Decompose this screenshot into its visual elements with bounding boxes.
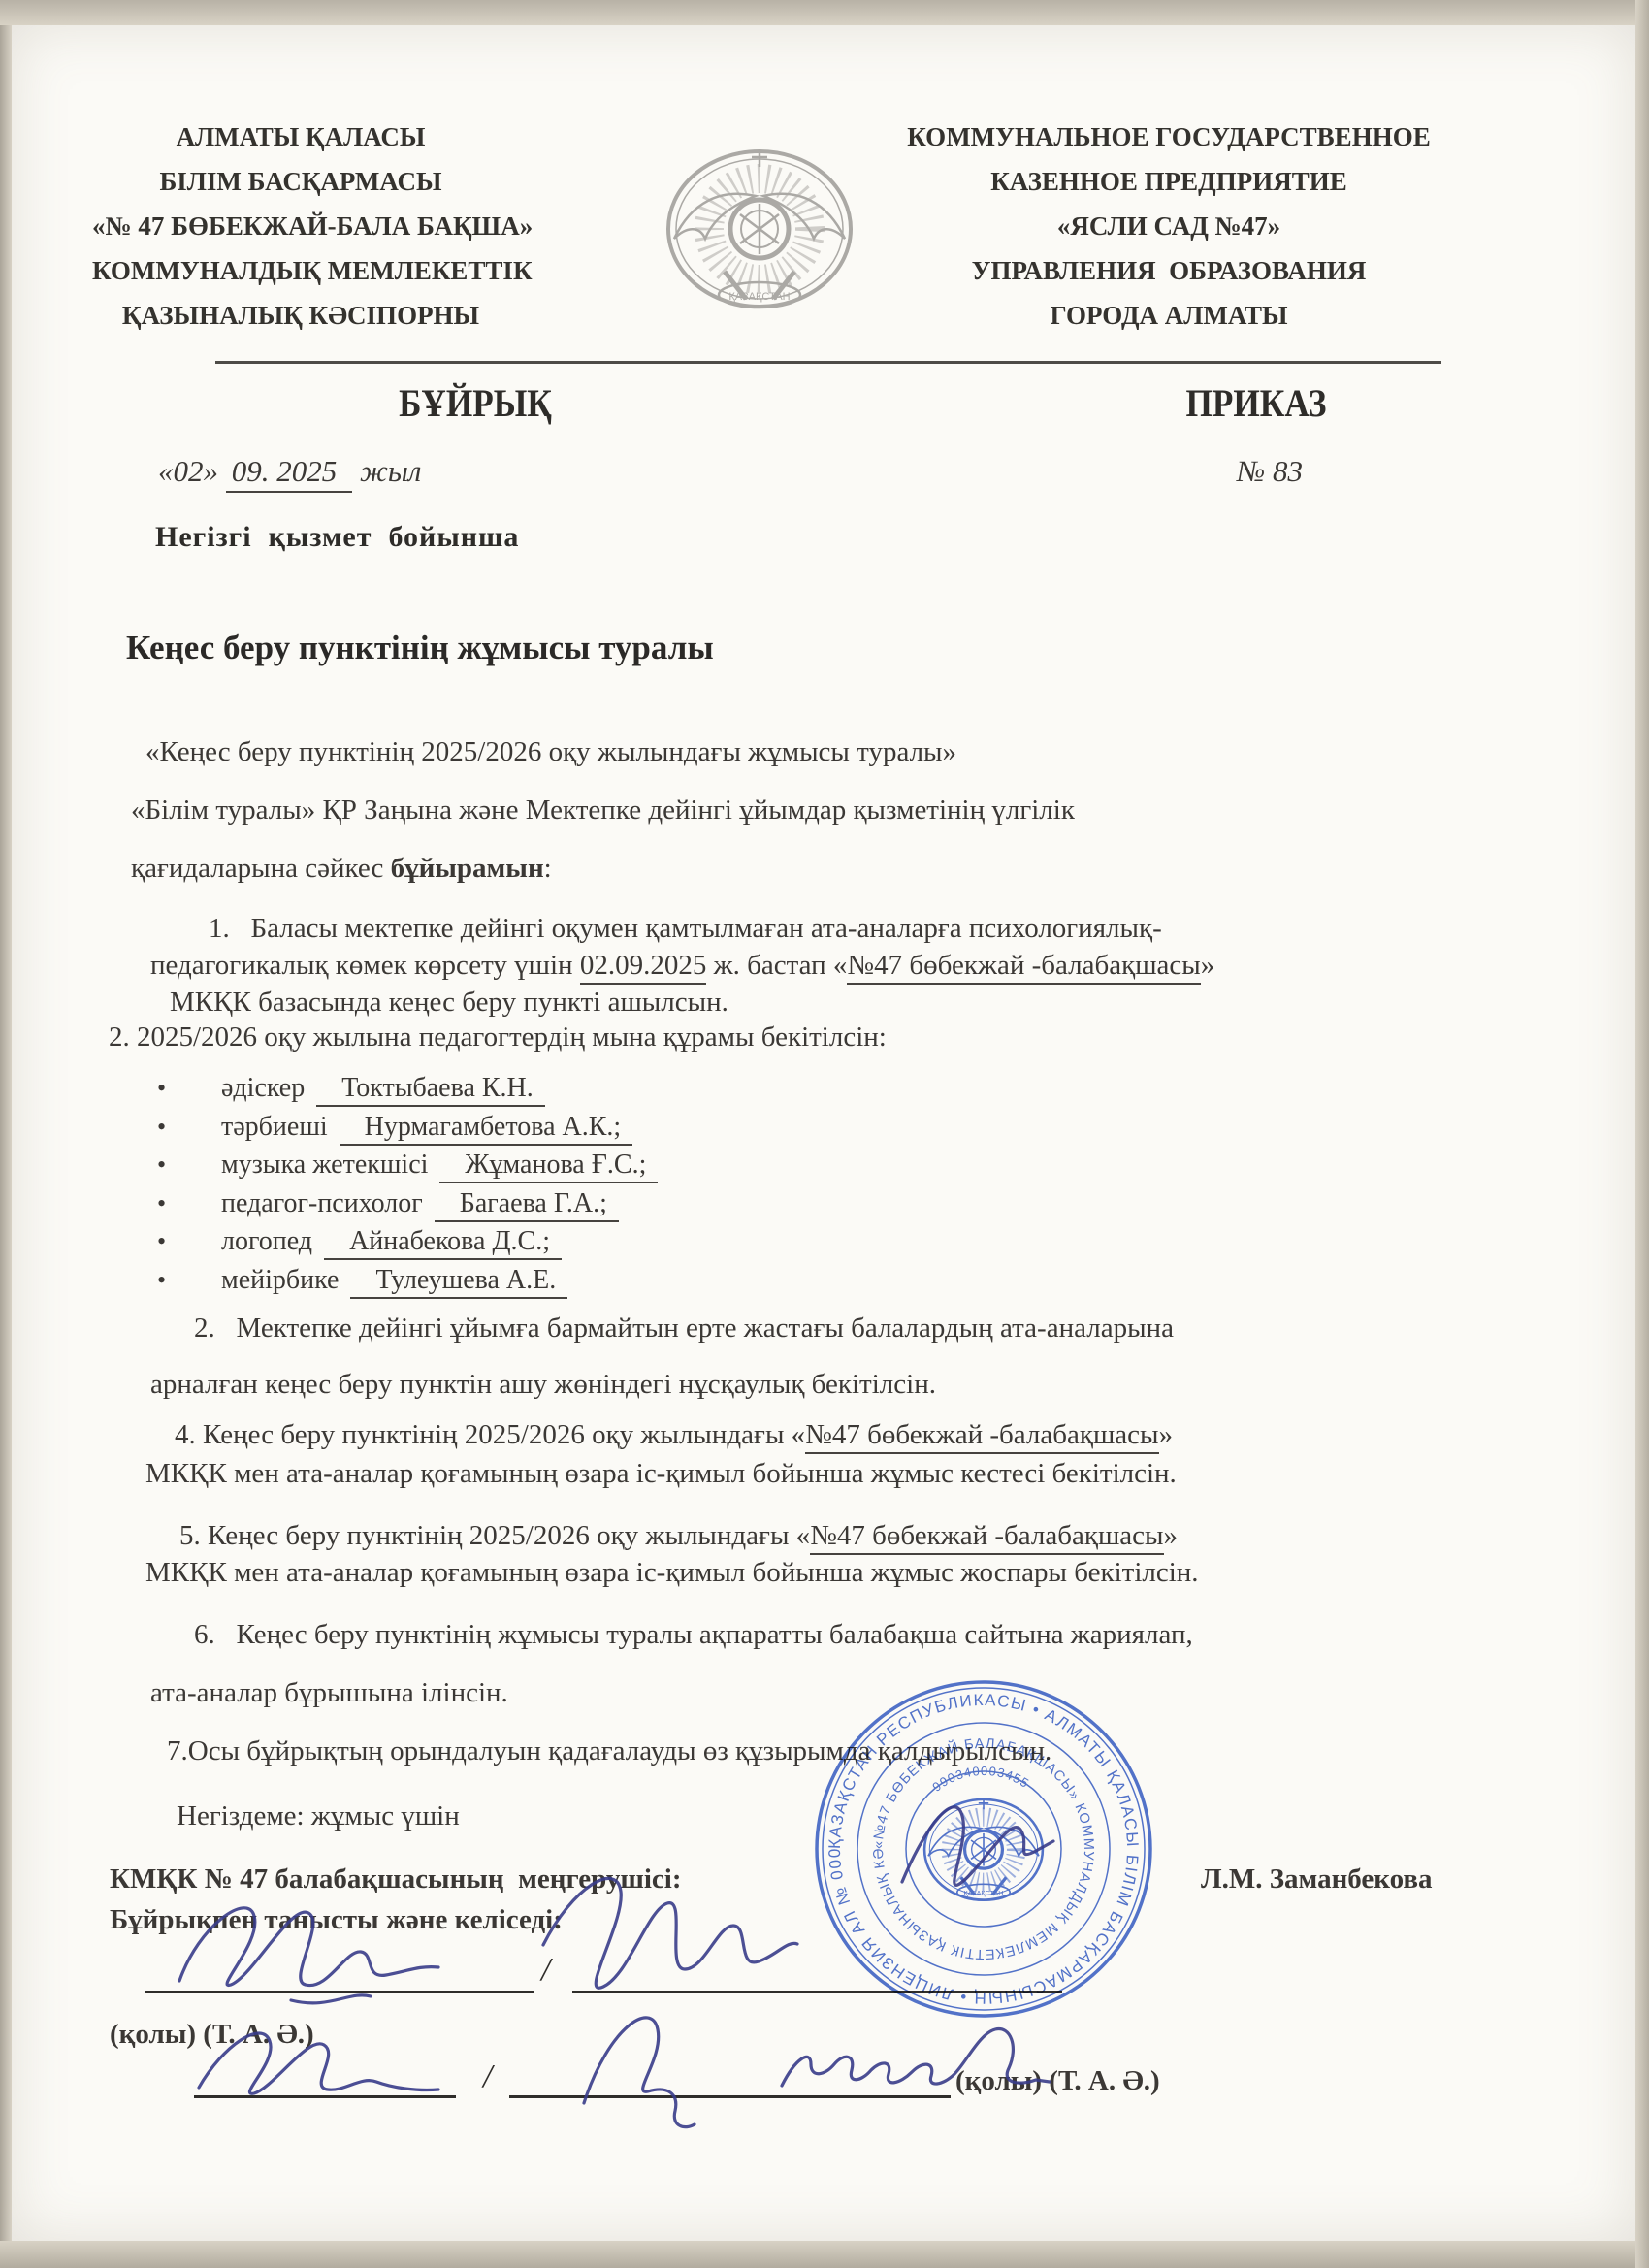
item1-line1: 1. Баласы мектепке дейінгі оқумен қамтыл…: [209, 912, 1162, 946]
scan-edge-right: [1635, 0, 1649, 2268]
teacher-name: Тулеушева А.Е.: [350, 1265, 567, 1299]
teacher-role: музыка жетекшісі: [221, 1150, 428, 1181]
order-number: № 83: [1237, 454, 1303, 489]
paragraph-quote: «Кеңес беру пунктінің 2025/2026 оқу жылы…: [145, 735, 956, 769]
kindergarten-name: №47 бөбекжай -балабақшасы: [847, 950, 1200, 985]
start-date: 02.09.2025: [580, 950, 707, 985]
org-name-russian: КОММУНАЛЬНОЕ ГОСУДАРСТВЕННОЕ КАЗЕННОЕ ПР…: [878, 114, 1460, 338]
manager-name: Л.М. Заманбекова: [1201, 1863, 1433, 1896]
order-verb: бұйырамын: [391, 853, 544, 884]
item7-line: 7.Осы бұйрықтың орындалуын қадағалауды ө…: [167, 1734, 1051, 1768]
teacher-role: педагог-психолог: [221, 1188, 423, 1219]
teachers-list: • әдіскер Токтыбаева К.Н. • тәрбиеші Нур…: [145, 1073, 658, 1303]
header-divider: [215, 361, 1441, 364]
bullet-icon: •: [145, 1189, 221, 1218]
document-heading: Кеңес беру пунктінің жұмысы туралы: [126, 629, 714, 667]
manager-label: КМҚК № 47 балабақшасының меңгерушісі:: [110, 1863, 682, 1896]
teacher-role: әдіскер: [221, 1073, 305, 1104]
order-date: «02» 09. 2025 жыл: [158, 454, 421, 489]
item1-line2: педагогикалық көмек көрсету үшін 02.09.2…: [150, 949, 1214, 983]
item2-line1: 2. Мектепке дейінгі ұйымға бармайтын ерт…: [194, 1312, 1174, 1345]
scan-edge-bottom: [0, 2241, 1649, 2268]
item1-line3: МКҚК базасында кеңес беру пункті ашылсын…: [170, 986, 728, 1020]
bullet-icon: •: [145, 1113, 221, 1142]
item4-line2: МКҚК мен ата-аналар қоғамының өзара іс-қ…: [145, 1457, 1177, 1491]
teacher-role: тәрбиеші: [221, 1112, 328, 1143]
acknowledgement-line: Бұйрықпен танысты және келіседі:: [110, 1903, 563, 1937]
basis-line: Негіздеме: жұмыс үшін: [177, 1799, 460, 1833]
teacher-name: Багаева Г.А.;: [435, 1188, 619, 1222]
slash-separator: /: [483, 2058, 492, 2095]
order-title-kazakh: БҰЙРЫҚ: [347, 380, 603, 426]
teacher-list-item: • музыка жетекшісі Жұманова Ғ.С.;: [145, 1150, 658, 1188]
bullet-icon: •: [145, 1074, 221, 1103]
kindergarten-name: №47 бөбекжай -балабақшасы: [805, 1419, 1158, 1454]
teacher-name: Токтыбаева К.Н.: [316, 1073, 545, 1107]
teacher-role: логопед: [221, 1226, 312, 1257]
item4-line1: 4. Кеңес беру пунктінің 2025/2026 оқу жы…: [175, 1418, 1173, 1452]
signature-line: [194, 2095, 456, 2098]
bullet-icon: •: [145, 1266, 221, 1295]
teacher-role: мейірбике: [221, 1265, 339, 1296]
signature-caption: (қолы) (Т. А. Ә.): [110, 2018, 314, 2052]
item2-line2: арналған кеңес беру пунктін ашу жөніндег…: [150, 1368, 936, 1402]
teacher-list-item: • логопед Айнабекова Д.С.;: [145, 1226, 658, 1265]
signature-caption: (қолы) (Т. А. Ә.): [955, 2064, 1160, 2098]
order-title-russian: ПРИКАЗ: [1128, 380, 1384, 426]
paragraph-legal-line1: «Білім туралы» ҚР Заңына және Мектепке д…: [131, 794, 1075, 827]
scanned-order-document: АЛМАТЫ ҚАЛАСЫ БІЛІМ БАСҚАРМАСЫ «№ 47 БӨБ…: [0, 0, 1649, 2268]
kazakhstan-coat-of-arms-icon: [663, 146, 857, 316]
signature-line: [145, 1991, 533, 1993]
org-name-kazakh: АЛМАТЫ ҚАЛАСЫ БІЛІМ БАСҚАРМАСЫ «№ 47 БӨБ…: [92, 114, 509, 338]
order-subject: Негізгі қызмет бойынша: [155, 521, 519, 554]
item6-line2: ата-аналар бұрышына ілінсін.: [150, 1676, 508, 1710]
item2-intro: 2. 2025/2026 оқу жылына педагогтердің мы…: [109, 1021, 887, 1054]
teacher-name: Айнабекова Д.С.;: [324, 1226, 562, 1260]
teacher-name: Нурмагамбетова А.К.;: [339, 1112, 633, 1146]
scan-edge-top: [0, 0, 1649, 25]
teacher-list-item: • мейірбике Тулеушева А.Е.: [145, 1265, 658, 1304]
date-value: 09. 2025: [226, 454, 353, 493]
kindergarten-name: №47 бөбекжай -балабақшасы: [810, 1520, 1163, 1555]
slash-separator: /: [541, 1952, 550, 1989]
bullet-icon: •: [145, 1150, 221, 1180]
teacher-name: Жұманова Ғ.С.;: [439, 1150, 658, 1183]
item6-line1: 6. Кеңес беру пунктінің жұмысы туралы ақ…: [194, 1618, 1193, 1652]
item5-line2: МКҚК мен ата-аналар қоғамының өзара іс-қ…: [145, 1556, 1199, 1590]
bullet-icon: •: [145, 1227, 221, 1256]
paragraph-legal-line2: қағидаларына сәйкес бұйырамын:: [131, 852, 552, 886]
item5-line1: 5. Кеңес беру пунктінің 2025/2026 оқу жы…: [179, 1519, 1178, 1553]
scan-edge-left: [0, 0, 12, 2268]
teacher-list-item: • тәрбиеші Нурмагамбетова А.К.;: [145, 1112, 658, 1150]
teacher-list-item: • әдіскер Токтыбаева К.Н.: [145, 1073, 658, 1112]
teacher-list-item: • педагог-психолог Багаева Г.А.;: [145, 1188, 658, 1227]
signature-line: [509, 2095, 951, 2098]
signature-line: [572, 1991, 1062, 1993]
